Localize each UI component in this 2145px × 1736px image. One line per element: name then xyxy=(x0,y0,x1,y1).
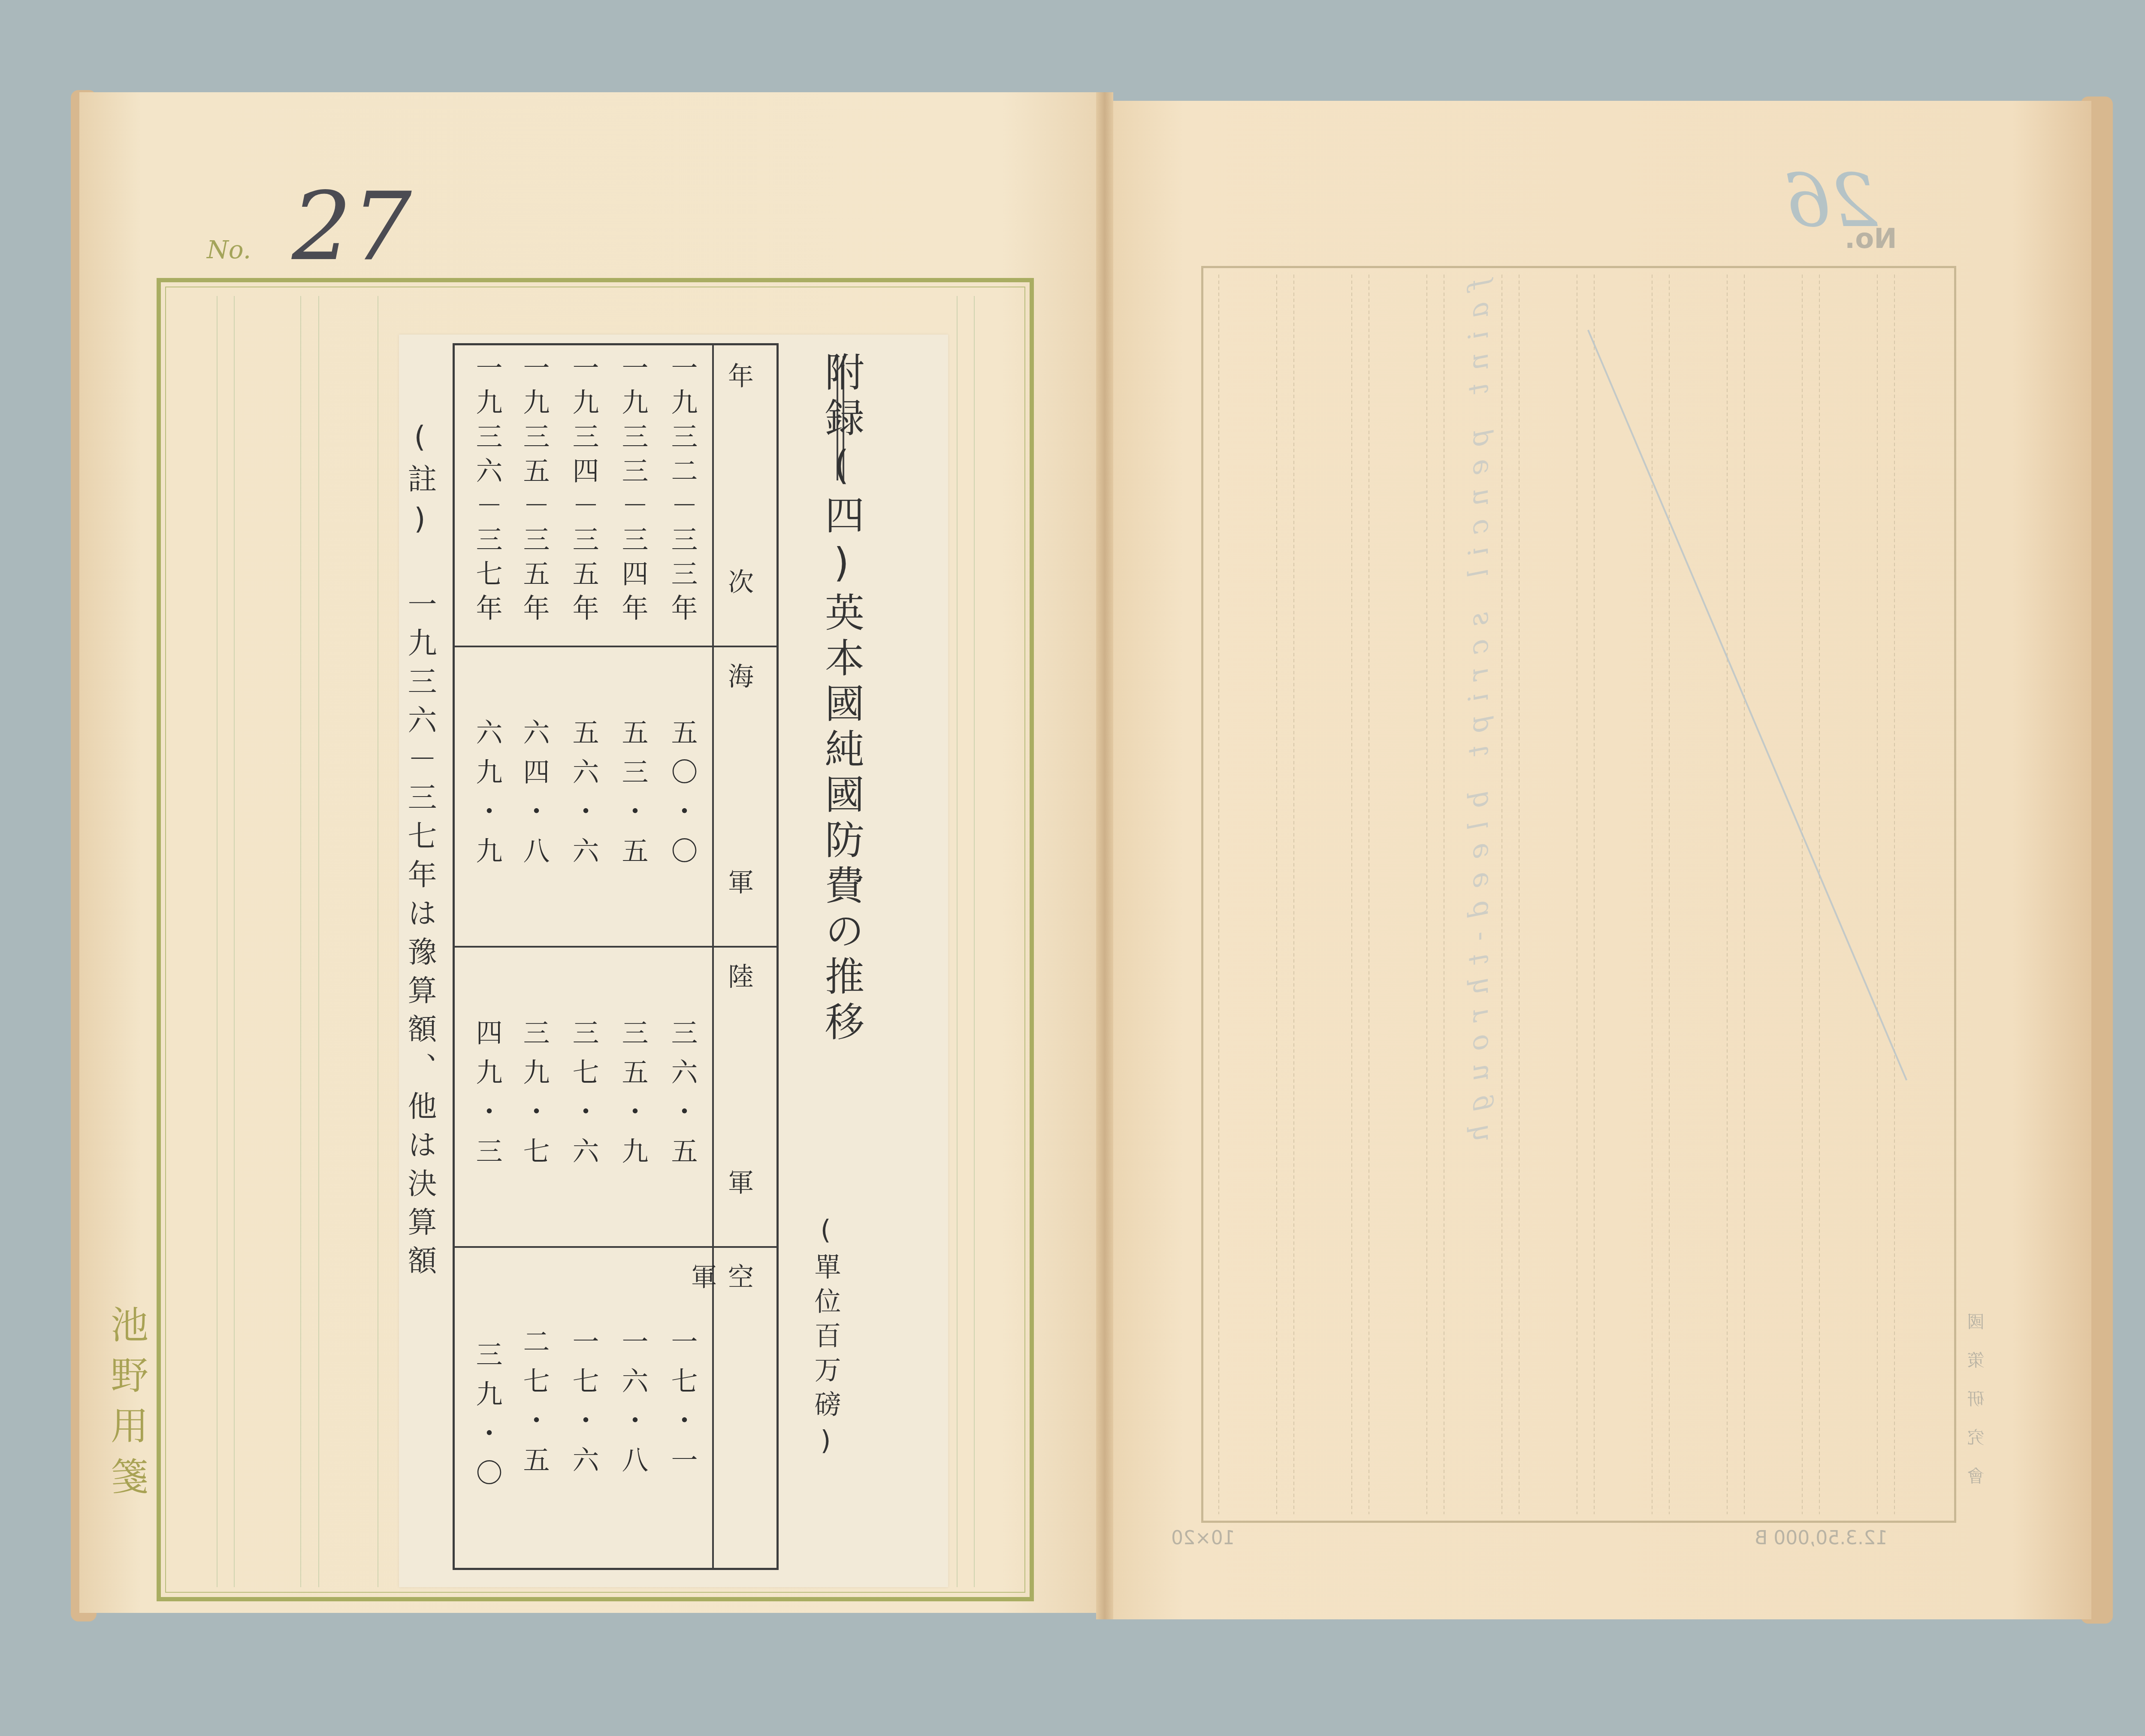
cell-year-0: 一九三二－三三年 xyxy=(663,354,701,628)
appendix-title: 附録(四)英本國純國防費の推移 xyxy=(813,352,870,1047)
grid-line xyxy=(1351,275,1352,1514)
defense-expenditure-table: 年次 海軍 陸軍 空軍 一九三二－三三年 一九三三－三四年 一九三四－三五年 一… xyxy=(453,343,779,1570)
mirrored-footer-right: 12.3.50,000 B xyxy=(1755,1527,1888,1549)
table-title: 英本國純國防費の推移 xyxy=(819,592,864,1047)
cell-air-4: 三九・〇 xyxy=(468,1340,506,1498)
bleed-through-handwriting: faint pencil script bleed-through xyxy=(1463,279,1720,1480)
cell-year-2: 一九三四－三五年 xyxy=(565,354,603,628)
cell-army-0: 三六・五 xyxy=(663,1019,701,1177)
cell-air-2: 一七・六 xyxy=(565,1328,603,1485)
cell-air-0: 一七・一 xyxy=(663,1328,701,1485)
grid-line xyxy=(1727,275,1728,1514)
grid-line xyxy=(318,296,319,1587)
cell-navy-1: 五三・五 xyxy=(614,719,652,876)
grid-line xyxy=(1744,275,1745,1514)
grid-line xyxy=(300,296,301,1587)
book-gutter xyxy=(1096,92,1113,1619)
cell-year-4: 一九三六－三七年 xyxy=(468,354,506,628)
grid-line xyxy=(234,296,235,1587)
page-number: 27 xyxy=(292,172,412,281)
appendix-label: 附録 xyxy=(819,352,864,443)
cell-navy-0: 五〇・〇 xyxy=(663,719,701,876)
grid-line xyxy=(1802,275,1803,1514)
cell-year-3: 一九三五－三五年 xyxy=(515,354,553,628)
grid-line xyxy=(1276,275,1277,1514)
grid-line xyxy=(1293,275,1294,1514)
cell-army-2: 三七・六 xyxy=(565,1019,603,1177)
grid-line xyxy=(1369,275,1369,1514)
mirrored-side-imprint: 國策研究會 xyxy=(1965,1313,1989,1506)
grid-line xyxy=(1877,275,1878,1514)
cell-year-1: 一九三三－三四年 xyxy=(614,354,652,628)
grid-line xyxy=(378,296,378,1587)
grid-line xyxy=(974,296,975,1587)
unit-label: (單位百万磅) xyxy=(807,1214,845,1464)
mirrored-footer-left: 10×20 xyxy=(1171,1527,1235,1549)
grid-line xyxy=(1218,275,1219,1514)
table-note: (註) 一九三六－三七年は豫算額、他は決算額 xyxy=(399,420,441,1284)
cell-army-4: 四九・三 xyxy=(468,1019,506,1177)
cell-navy-2: 五六・六 xyxy=(565,719,603,876)
cell-navy-4: 六九・九 xyxy=(468,719,506,876)
stationery-brand: 池野用箋 xyxy=(111,1300,145,1502)
grid-line xyxy=(1894,275,1895,1514)
no-label: No. xyxy=(207,235,251,264)
grid-line xyxy=(1426,275,1427,1514)
mirrored-page-number: 26 xyxy=(1785,159,1877,244)
grid-line xyxy=(957,296,958,1587)
cell-army-3: 三九・七 xyxy=(515,1019,553,1177)
grid-line xyxy=(1444,275,1444,1514)
cell-air-1: 一六・八 xyxy=(614,1328,652,1485)
appendix-number: (四) xyxy=(819,443,864,592)
grid-line xyxy=(1819,275,1820,1514)
grid-line xyxy=(217,296,218,1587)
cell-air-3: 二七・五 xyxy=(515,1328,553,1485)
cell-navy-3: 六四・八 xyxy=(515,719,553,876)
cell-army-1: 三五・九 xyxy=(614,1019,652,1177)
